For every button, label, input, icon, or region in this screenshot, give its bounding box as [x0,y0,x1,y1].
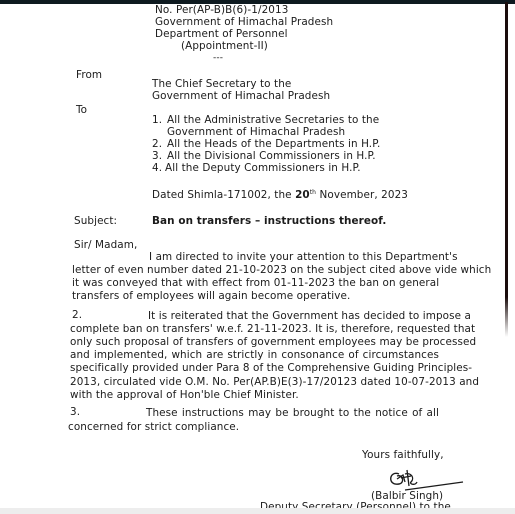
para1-line: I am directed to invite your attention t… [149,251,439,263]
para2-number: 2. [72,309,82,321]
recipient-line: All the Heads of the Departments in H.P. [167,138,380,150]
department-heading: Department of Personnel [155,28,288,40]
para2-line: 2013, circulated vide O.M. No. Per(AP.B)… [70,376,439,388]
bottom-scan-edge [0,508,515,514]
para1-line: letter of even number dated 21-10-2023 o… [72,264,439,276]
salutation: Sir/ Madam, [74,239,137,251]
to-label: To [76,104,87,116]
date-rest: November, 2023 [316,189,408,201]
date-line: Dated Shimla-171002, the 20th November, … [152,189,408,201]
para2-line: with the approval of Hon'ble Chief Minis… [70,389,299,401]
date-day: 20 [295,189,310,201]
para3-number: 3. [70,406,80,418]
para2-line: It is reiterated that the Government has… [148,310,439,322]
recipient-number: 3. [152,150,162,162]
section-heading: (Appointment-II) [181,40,268,52]
file-number: No. Per(AP-B)B(6)-1/2013 [155,4,288,16]
subject-text: Ban on transfers – instructions thereof. [152,215,386,227]
date-prefix: Dated Shimla-171002, the [152,189,295,201]
from-line-2: Government of Himachal Pradesh [152,90,330,102]
subject-label: Subject: [74,215,117,227]
recipient-number: 4. [152,162,162,174]
recipient-line: All the Divisional Commissioners in H.P. [167,150,376,162]
para3-line: concerned for strict compliance. [68,421,239,433]
valediction: Yours faithfully, [362,449,444,461]
recipient-line: All the Deputy Commissioners in H.P. [165,162,361,174]
from-label: From [76,69,102,81]
para1-line: transfers of employees will again become… [72,290,350,302]
para2-line: only such proposal of transfers of gover… [70,336,439,348]
para3-line: These instructions may be brought to the… [146,407,439,419]
para1-line: it was conveyed that with effect from 01… [72,277,439,289]
government-heading: Government of Himachal Pradesh [155,16,333,28]
header-separator: --- [213,52,223,64]
from-line-1: The Chief Secretary to the [152,78,291,90]
recipient-line: Government of Himachal Pradesh [167,126,345,138]
recipient-number: 2. [152,138,162,150]
para2-line: specifically provided under Para 8 of th… [70,362,439,374]
recipient-number: 1. [152,114,162,126]
right-scan-edge [505,2,508,337]
recipient-line: All the Administrative Secretaries to th… [167,114,379,126]
para2-line: complete ban on transfers' w.e.f. 21-11-… [70,323,439,335]
para2-line: and implemented, which are strictly in c… [70,349,439,361]
